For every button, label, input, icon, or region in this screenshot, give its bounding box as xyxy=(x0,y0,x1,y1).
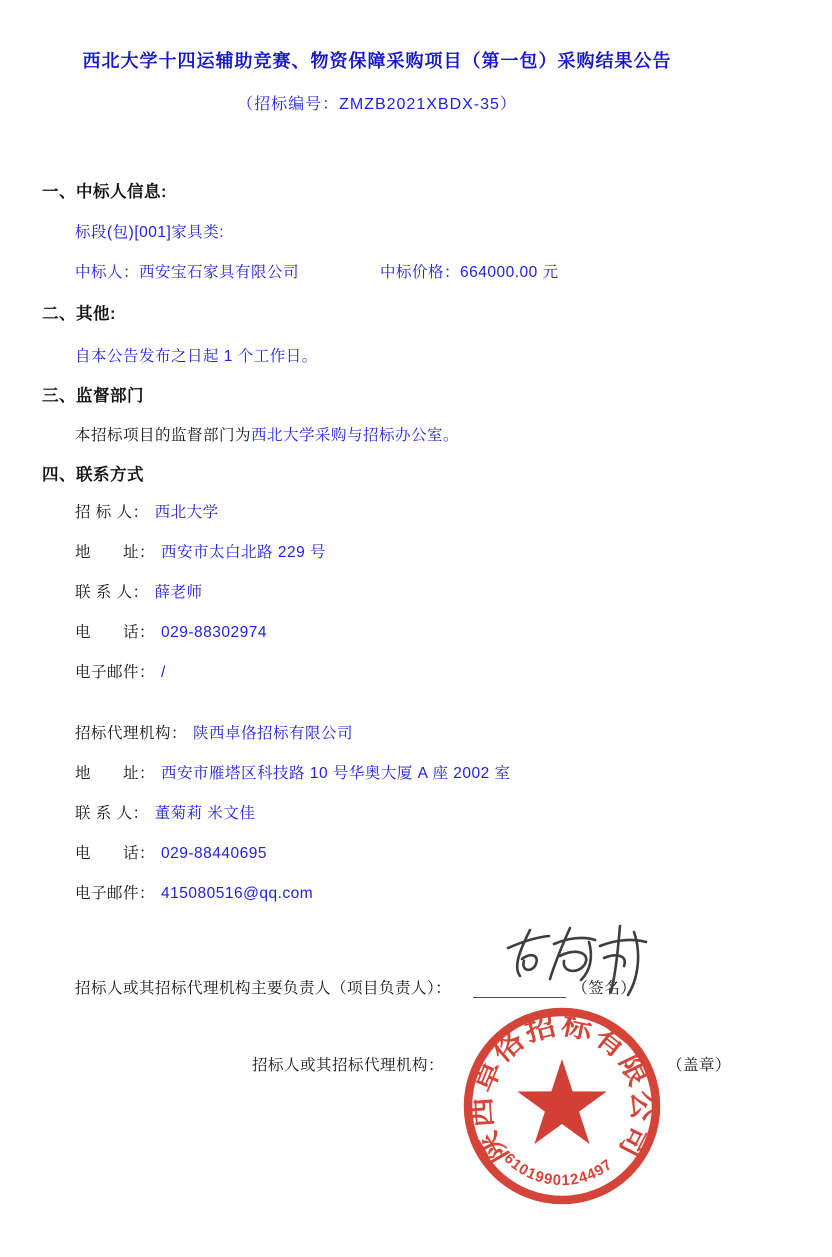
field-value: 029-88302974 xyxy=(161,624,267,641)
field-value: 029-88440695 xyxy=(161,845,267,862)
lot-line: 标段(包)[001]家具类: xyxy=(75,220,224,242)
star-icon xyxy=(517,1059,606,1144)
supervision-highlight: 西北大学采购与招标办公室。 xyxy=(251,427,459,444)
supervision-prefix: 本招标项目的监督部门为 xyxy=(75,427,251,444)
field-value: 西安市雁塔区科技路 10 号华奥大厦 A 座 2002 室 xyxy=(161,765,511,782)
tenderer-phone-row: 电 话：029-88302974 xyxy=(75,620,267,642)
field-value: / xyxy=(161,664,166,681)
section-supervision-heading: 三、监督部门 xyxy=(42,382,144,406)
field-value: 西北大学 xyxy=(155,504,219,521)
section-contact-heading: 四、联系方式 xyxy=(42,461,144,485)
field-label: 招标代理机构： xyxy=(75,725,187,742)
agency-name-row: 招标代理机构：陕西卓佫招标有限公司 xyxy=(75,721,353,743)
field-value: 415080516@qq.com xyxy=(161,885,313,902)
agency-line-text: 招标人或其招标代理机构： xyxy=(252,1053,444,1075)
winner-name: 西安宝石家具有限公司 xyxy=(139,264,299,281)
field-value: 董菊莉 米文佳 xyxy=(155,805,256,822)
field-label: 地 址： xyxy=(75,544,155,561)
tenderer-address-row: 地 址：西安市太白北路 229 号 xyxy=(75,540,326,562)
winner-pair: 中标人：西安宝石家具有限公司 xyxy=(75,260,299,282)
field-value: 西安市太白北路 229 号 xyxy=(161,544,326,561)
field-label: 联 系 人： xyxy=(75,805,149,822)
agency-email-row: 电子邮件：415080516@qq.com xyxy=(75,881,313,903)
tenderer-email-row: 电子邮件：/ xyxy=(75,660,166,682)
agency-contact-row: 联 系 人：董菊莉 米文佳 xyxy=(75,801,255,823)
field-label: 电子邮件： xyxy=(75,885,155,902)
signature-strokes xyxy=(508,926,646,995)
tenderer-name-row: 招 标 人：西北大学 xyxy=(75,500,219,522)
field-value: 薛老师 xyxy=(155,584,203,601)
agency-phone-row: 电 话：029-88440695 xyxy=(75,841,267,863)
section-winner-heading: 一、中标人信息: xyxy=(42,178,167,202)
price-value: 664000.00 元 xyxy=(460,264,559,281)
field-label: 招 标 人： xyxy=(75,504,149,521)
field-value: 陕西卓佫招标有限公司 xyxy=(193,725,353,742)
field-label: 电子邮件： xyxy=(75,664,155,681)
company-seal: 陕西卓佫招标有限公司 6101990124497 xyxy=(458,1002,666,1210)
principal-line-text: 招标人或其招标代理机构主要负责人（项目负责人）： xyxy=(75,980,451,997)
other-body: 自本公告发布之日起 1 个工作日。 xyxy=(75,344,318,366)
price-label: 中标价格： xyxy=(380,264,460,281)
page-title: 西北大学十四运辅助竞赛、物资保障采购项目（第一包）采购结果公告 xyxy=(42,47,712,73)
section-other-heading: 二、其他: xyxy=(42,300,116,324)
field-label: 电 话： xyxy=(75,845,155,862)
seal-suffix: （盖章） xyxy=(667,1053,731,1075)
handwritten-signature xyxy=(500,922,650,1000)
price-pair: 中标价格：664000.00 元 xyxy=(380,260,559,282)
field-label: 电 话： xyxy=(75,624,155,641)
tender-number: （招标编号：ZMZB2021XBDX-35） xyxy=(42,91,712,114)
supervision-body: 本招标项目的监督部门为西北大学采购与招标办公室。 xyxy=(75,423,459,445)
winner-label: 中标人： xyxy=(75,264,139,281)
procurement-result-announcement: 西北大学十四运辅助竞赛、物资保障采购项目（第一包）采购结果公告 （招标编号：ZM… xyxy=(0,0,832,1257)
tenderer-contact-row: 联 系 人：薛老师 xyxy=(75,580,203,602)
agency-address-row: 地 址：西安市雁塔区科技路 10 号华奥大厦 A 座 2002 室 xyxy=(75,761,511,783)
field-label: 联 系 人： xyxy=(75,584,149,601)
field-label: 地 址： xyxy=(75,765,155,782)
seal-number-text: 6101990124497 xyxy=(501,1150,616,1189)
